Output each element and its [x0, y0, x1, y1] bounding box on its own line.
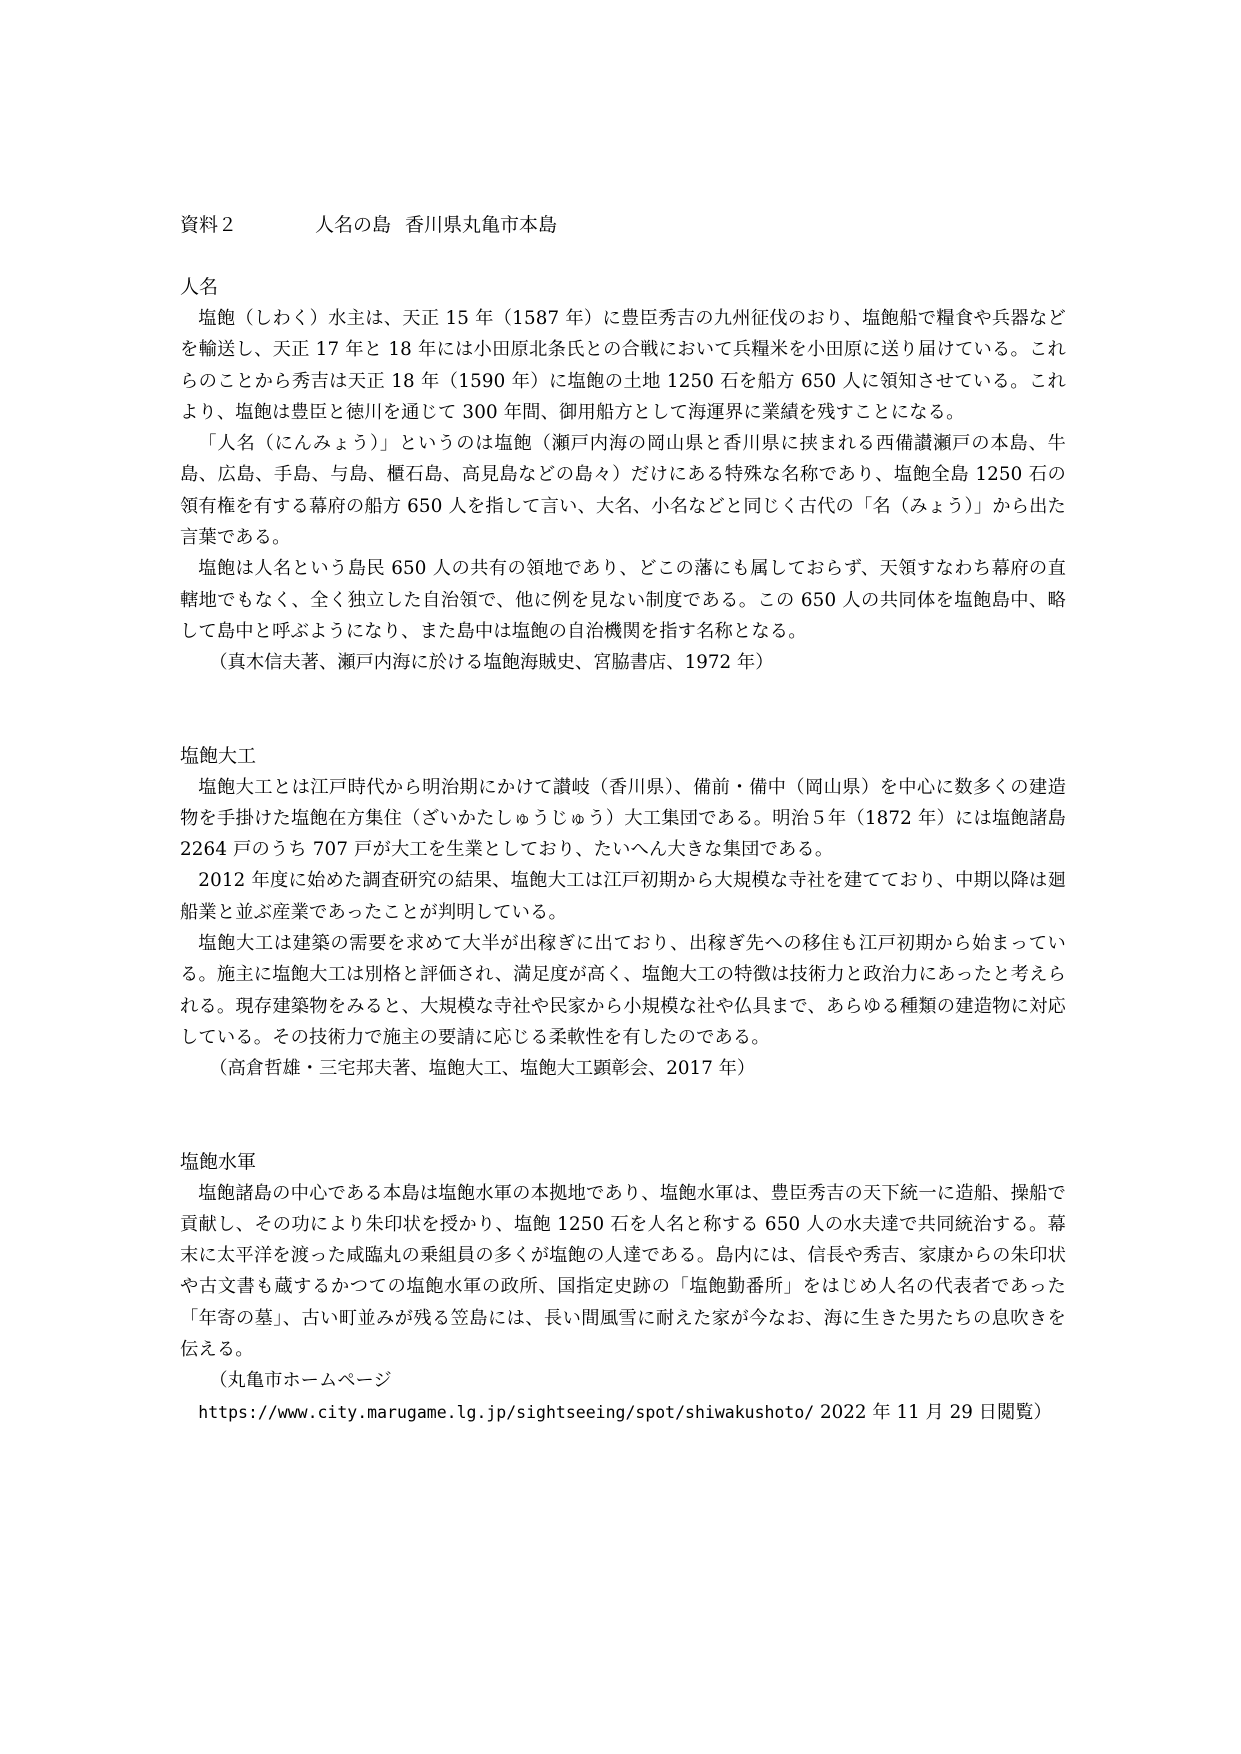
- section-heading: 塩飽水軍: [180, 1147, 1066, 1178]
- citation-url-line: https://www.city.marugame.lg.jp/sightsee…: [180, 1397, 1066, 1428]
- citation-accessed: 2022 年 11 月 29 日閲覧）: [814, 1402, 1052, 1423]
- section-ninmyo: 人名 塩飽（しわく）水主は、天正 15 年（1587 年）に豊臣秀吉の九州征伐の…: [180, 272, 1066, 679]
- title-sub: 香川県丸亀市本島: [405, 214, 557, 236]
- title-main: 人名の島: [315, 214, 391, 236]
- citation: （高倉哲雄・三宅邦夫著、塩飽大工、塩飽大工顕彰会、2017 年）: [180, 1053, 1066, 1084]
- paragraph: 塩飽大工とは江戸時代から明治期にかけて讃岐（香川県）、備前・備中（岡山県）を中心…: [180, 772, 1066, 866]
- section-shiwaku-suigun: 塩飽水軍 塩飽諸島の中心である本島は塩飽水軍の本拠地であり、塩飽水軍は、豊臣秀吉…: [180, 1147, 1066, 1428]
- document-page: 資料２人名の島香川県丸亀市本島 人名 塩飽（しわく）水主は、天正 15 年（15…: [180, 210, 1066, 1428]
- paragraph: 塩飽大工は建築の需要を求めて大半が出稼ぎに出ており、出稼ぎ先への移住も江戸初期か…: [180, 928, 1066, 1053]
- document-label: 資料２: [180, 214, 237, 236]
- citation: （真木信夫著、瀬戸内海に於ける塩飽海賊史、宮脇書店、1972 年）: [180, 647, 1066, 678]
- citation-source: （丸亀市ホームページ: [180, 1365, 1066, 1396]
- paragraph: 塩飽諸島の中心である本島は塩飽水軍の本拠地であり、塩飽水軍は、豊臣秀吉の天下統一…: [180, 1178, 1066, 1366]
- section-shiwaku-daiku: 塩飽大工 塩飽大工とは江戸時代から明治期にかけて讃岐（香川県）、備前・備中（岡山…: [180, 741, 1066, 1085]
- document-title: 資料２人名の島香川県丸亀市本島: [180, 210, 1066, 241]
- paragraph: 塩飽（しわく）水主は、天正 15 年（1587 年）に豊臣秀吉の九州征伐のおり、…: [180, 303, 1066, 428]
- paragraph: 「人名（にんみょう）」というのは塩飽（瀬戸内海の岡山県と香川県に挟まれる西備讃瀬…: [180, 428, 1066, 553]
- section-heading: 塩飽大工: [180, 741, 1066, 772]
- paragraph: 2012 年度に始めた調査研究の結果、塩飽大工は江戸初期から大規模な寺社を建てて…: [180, 865, 1066, 928]
- paragraph: 塩飽は人名という島民 650 人の共有の領地であり、どこの藩にも属しておらず、天…: [180, 553, 1066, 647]
- section-heading: 人名: [180, 272, 1066, 303]
- citation-url[interactable]: https://www.city.marugame.lg.jp/sightsee…: [198, 1403, 814, 1422]
